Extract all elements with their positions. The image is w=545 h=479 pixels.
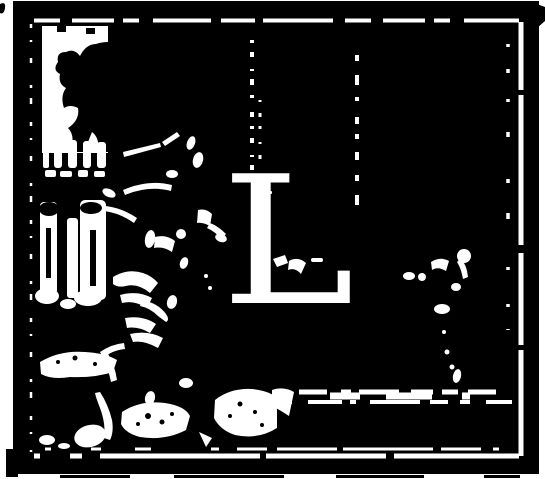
baluster xyxy=(97,142,106,168)
face-highlight xyxy=(166,170,178,178)
ground-speck xyxy=(170,412,174,416)
initial-letter-glyph: L xyxy=(221,138,355,345)
rail-highlight xyxy=(45,170,56,177)
historiated-initial-woodcut: L xyxy=(0,0,545,479)
ground-speck xyxy=(73,356,78,361)
highlight xyxy=(418,273,426,281)
rail-highlight xyxy=(94,171,105,177)
speck xyxy=(445,350,450,355)
highlight xyxy=(403,272,415,280)
column-shadow-slit xyxy=(90,230,96,286)
ground-stone xyxy=(121,402,190,438)
initial-letter-glyph-wrap: L xyxy=(221,138,355,345)
baluster xyxy=(43,143,49,168)
speck xyxy=(442,330,446,334)
rail-highlight xyxy=(60,171,72,177)
ground-bit xyxy=(58,443,70,449)
column-capital xyxy=(80,202,102,214)
column-left-inner xyxy=(67,218,78,298)
ground-speck xyxy=(93,362,97,366)
ground-speck xyxy=(145,413,151,419)
initial-letter: L xyxy=(221,138,355,345)
ground-speck xyxy=(238,402,243,407)
column-base xyxy=(35,288,59,304)
ground-speck xyxy=(160,420,165,425)
highlight xyxy=(451,283,461,291)
baluster xyxy=(83,141,91,168)
window-speck xyxy=(57,26,66,32)
ground-speck xyxy=(253,410,257,414)
border-corner-foot xyxy=(6,449,18,477)
column-base xyxy=(74,290,102,306)
woodcut-canvas: L xyxy=(0,0,545,479)
speck xyxy=(208,286,212,290)
ground-speck xyxy=(56,360,60,364)
column-shadow-slit xyxy=(46,228,51,278)
window-speck xyxy=(86,28,95,34)
column-base xyxy=(60,299,76,309)
ground-speck xyxy=(260,423,264,427)
ground-bit xyxy=(39,435,55,445)
background-highlight xyxy=(311,258,323,262)
speck xyxy=(267,191,272,194)
window-panel xyxy=(42,26,108,153)
column-capital xyxy=(39,202,59,216)
ground-speck xyxy=(228,414,232,418)
speck xyxy=(450,365,455,370)
baluster xyxy=(68,140,77,168)
highlight xyxy=(434,304,450,314)
leg-stroke xyxy=(179,378,193,388)
torso-stroke xyxy=(176,229,186,239)
rail-highlight xyxy=(78,170,88,177)
speck xyxy=(204,274,208,278)
baluster xyxy=(54,141,62,168)
ground-speck xyxy=(136,422,140,426)
